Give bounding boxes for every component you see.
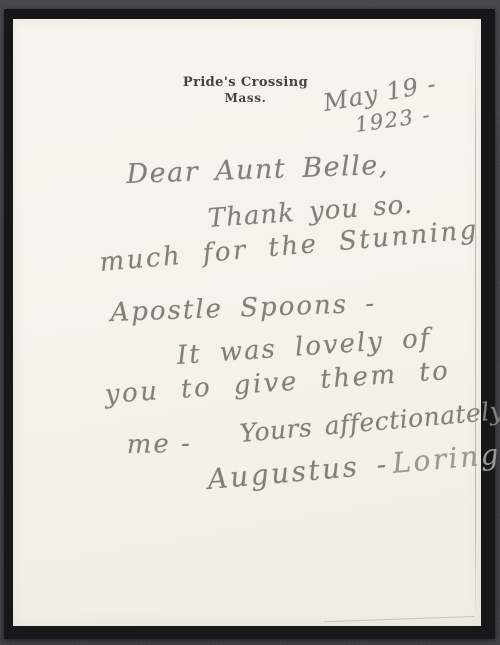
photo-background: Pride's Crossing Mass. May 19 - 1923 - D… <box>0 0 500 645</box>
signature-first-name: Augustus - <box>206 447 390 496</box>
letter-line-3: Apostle Spoons - <box>110 289 377 328</box>
letterhead: Pride's Crossing Mass. <box>173 75 318 105</box>
second-sheet-edge-right <box>475 27 476 612</box>
letterhead-state: Mass. <box>173 91 318 105</box>
salutation: Dear Aunt Belle, <box>126 150 390 190</box>
letter-line-6: me - <box>126 429 192 460</box>
letterhead-place: Pride's Crossing <box>173 75 318 90</box>
second-sheet-edge-bottom <box>324 616 474 622</box>
letter-paper: Pride's Crossing Mass. May 19 - 1923 - D… <box>13 19 481 626</box>
